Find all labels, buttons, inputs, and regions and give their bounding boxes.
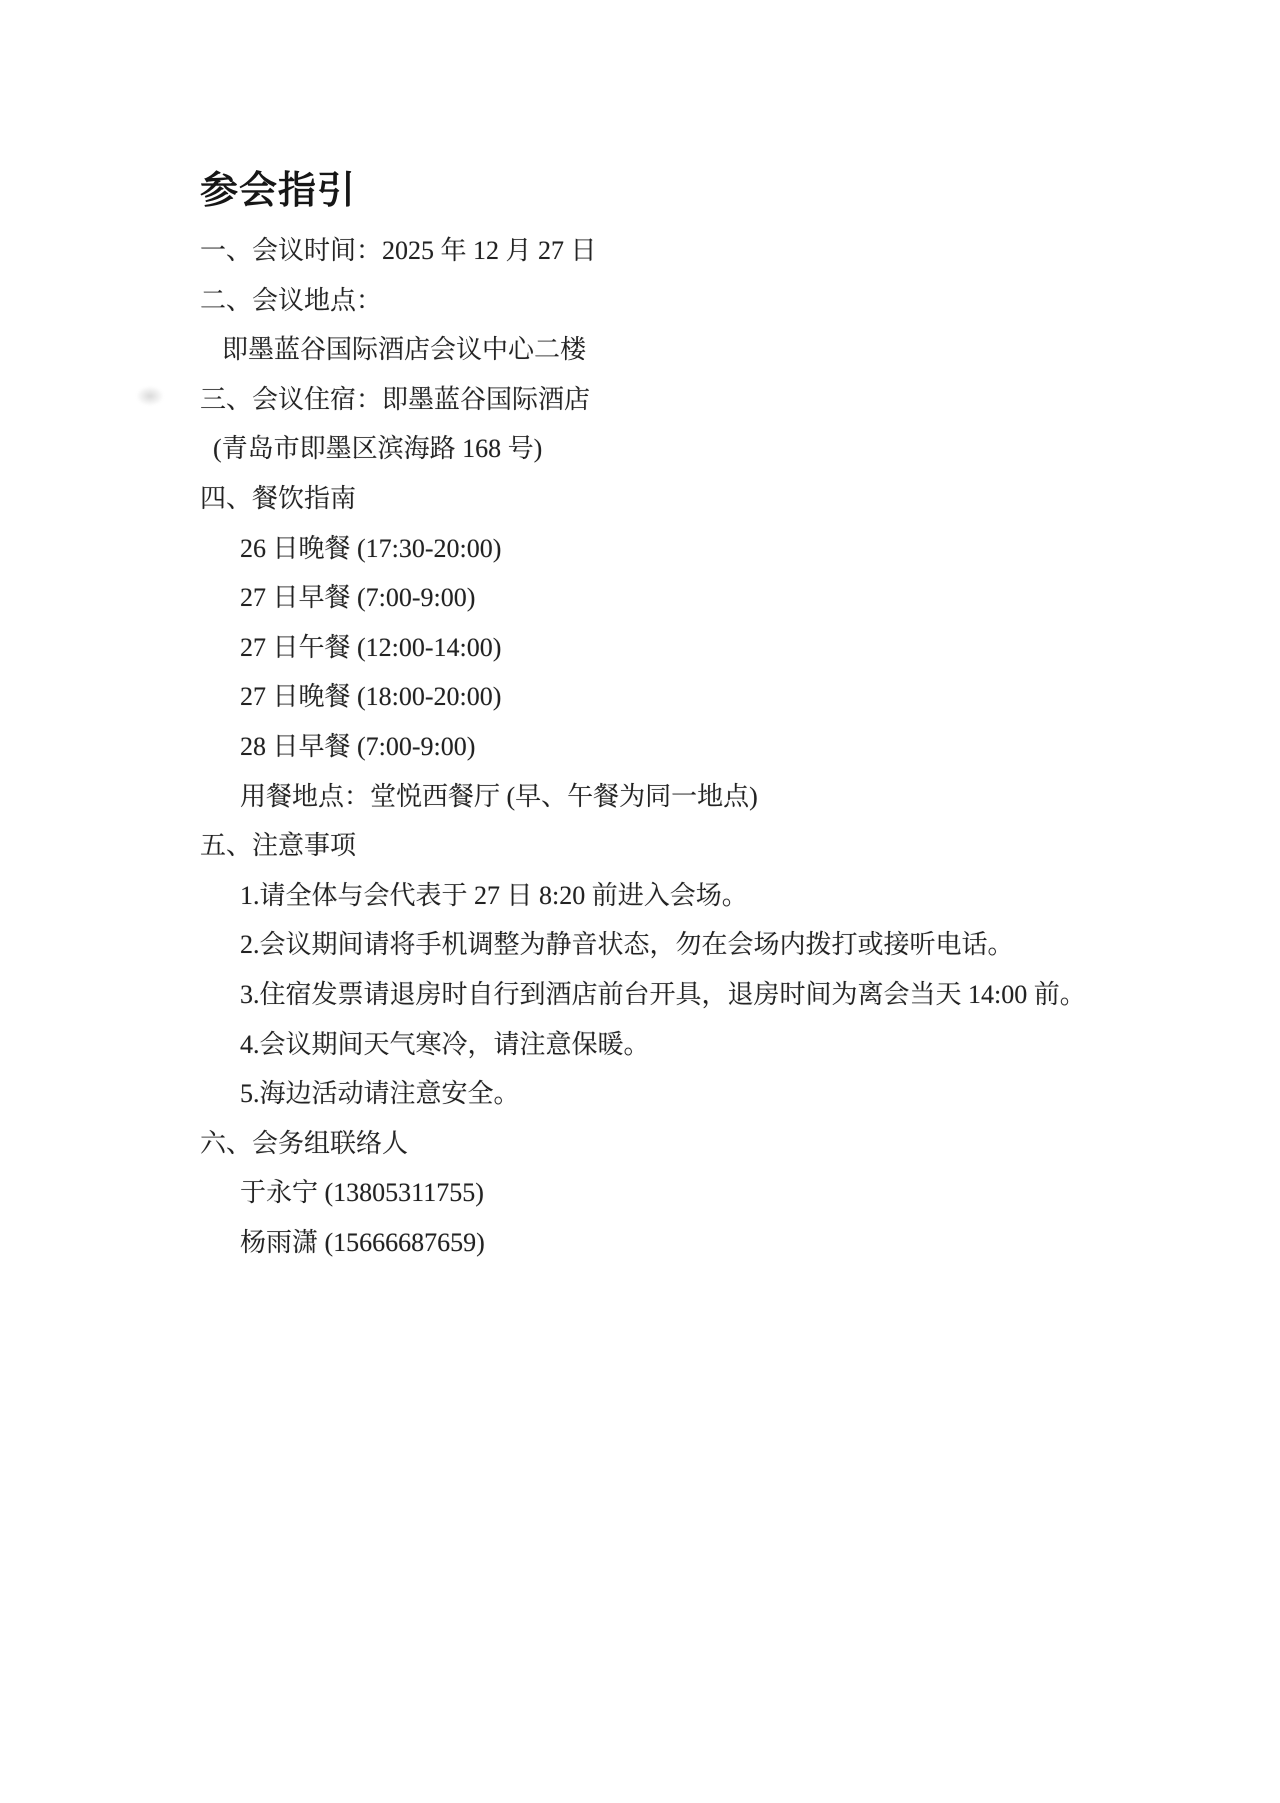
dining-heading-line: 四、餐饮指南 bbox=[200, 474, 1180, 524]
note-line: 3.住宿发票请退房时自行到酒店前台开具，退房时间为离会当天 14:00 前。 bbox=[200, 970, 1180, 1020]
note-line: 4.会议期间天气寒冷，请注意保暖。 bbox=[200, 1020, 1180, 1070]
meal-line: 27 日晚餐 (18:00-20:00) bbox=[200, 672, 1180, 722]
lodging-address-line: (青岛市即墨区滨海路 168 号) bbox=[200, 424, 1180, 474]
scanned-document-page: 参会指引 一、会议时间：2025 年 12 月 27 日 二、会议地点： 即墨蓝… bbox=[0, 0, 1280, 1803]
contact-line: 杨雨潇 (15666687659) bbox=[200, 1218, 1180, 1268]
meal-line: 27 日早餐 (7:00-9:00) bbox=[200, 573, 1180, 623]
note-line: 5.海边活动请注意安全。 bbox=[200, 1069, 1180, 1119]
meeting-place-label-line: 二、会议地点： bbox=[200, 276, 1180, 326]
scan-artifact-smudge bbox=[136, 386, 164, 406]
notes-heading-line: 五、注意事项 bbox=[200, 821, 1180, 871]
meal-line: 28 日早餐 (7:00-9:00) bbox=[200, 722, 1180, 772]
dining-location-line: 用餐地点：堂悦西餐厅 (早、午餐为同一地点) bbox=[200, 772, 1180, 822]
meeting-time-line: 一、会议时间：2025 年 12 月 27 日 bbox=[200, 226, 1180, 276]
meal-line: 27 日午餐 (12:00-14:00) bbox=[200, 623, 1180, 673]
lodging-line: 三、会议住宿：即墨蓝谷国际酒店 bbox=[200, 375, 1180, 425]
meeting-place-value-line: 即墨蓝谷国际酒店会议中心二楼 bbox=[200, 325, 1180, 375]
contact-line: 于永宁 (13805311755) bbox=[200, 1168, 1180, 1218]
document-title: 参会指引 bbox=[200, 164, 1180, 218]
document-content: 参会指引 一、会议时间：2025 年 12 月 27 日 二、会议地点： 即墨蓝… bbox=[200, 164, 1180, 1267]
contacts-heading-line: 六、会务组联络人 bbox=[200, 1119, 1180, 1169]
meal-line: 26 日晚餐 (17:30-20:00) bbox=[200, 524, 1180, 574]
note-line: 1.请全体与会代表于 27 日 8:20 前进入会场。 bbox=[200, 871, 1180, 921]
note-line: 2.会议期间请将手机调整为静音状态，勿在会场内拨打或接听电话。 bbox=[200, 920, 1180, 970]
